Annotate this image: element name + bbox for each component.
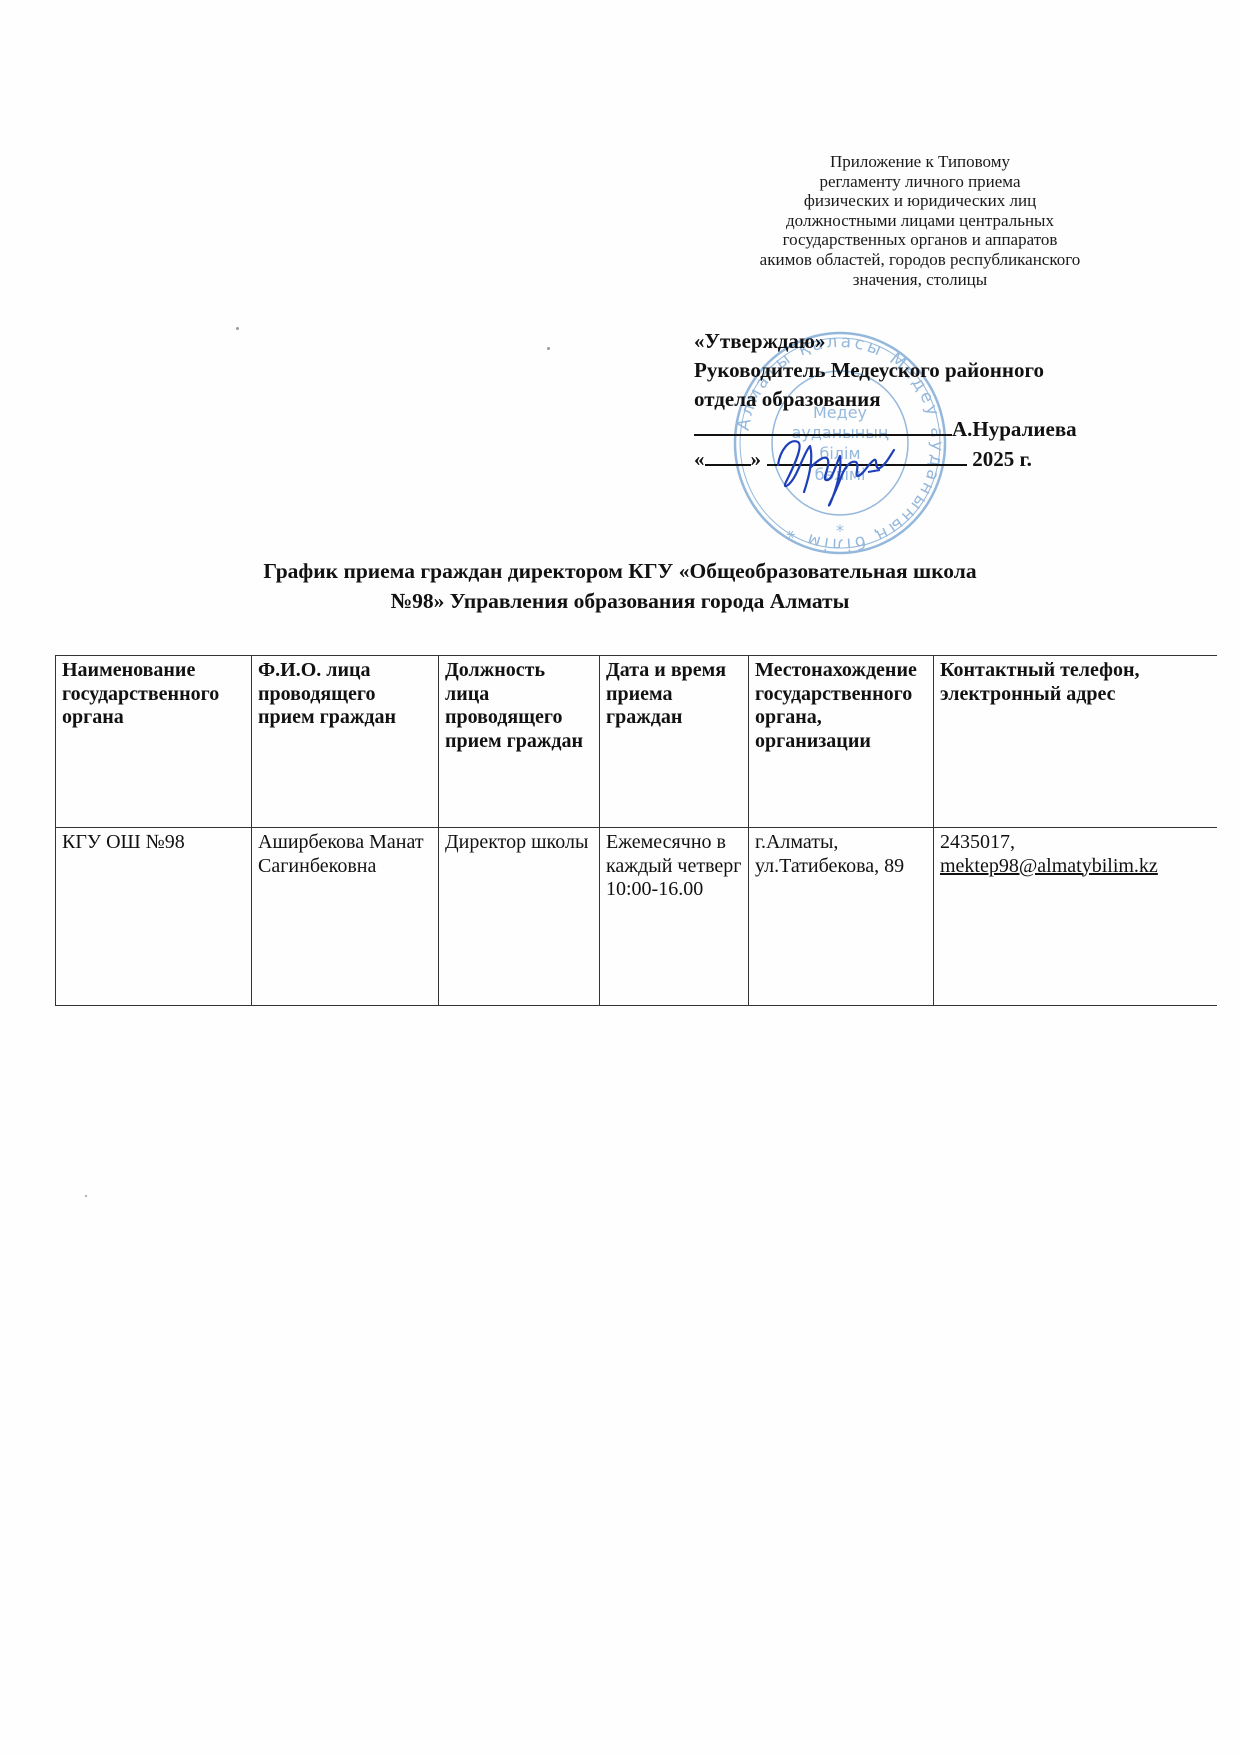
signature-line: А.Нуралиева bbox=[694, 414, 1154, 444]
approve-label: «Утверждаю» bbox=[694, 327, 1154, 356]
scan-speck bbox=[236, 327, 239, 330]
table-row: КГУ ОШ №98 Аширбекова Манат Сагинбековна… bbox=[56, 828, 1218, 1006]
header-address: Местонахождение государственного органа,… bbox=[749, 656, 934, 828]
appendix-line: Приложение к Типовому bbox=[700, 152, 1140, 172]
header-position: Должность лица проводящего прием граждан bbox=[439, 656, 600, 828]
table-header-row: Наименование государственного органа Ф.И… bbox=[56, 656, 1218, 828]
contact-email-link[interactable]: mektep98@almatybilim.kz bbox=[940, 855, 1212, 879]
appendix-line: физических и юридических лиц bbox=[700, 191, 1140, 211]
approver-position-line2: отдела образования bbox=[694, 385, 1154, 414]
appendix-line: значения, столицы bbox=[700, 270, 1140, 290]
signatory-name: А.Нуралиева bbox=[952, 417, 1077, 441]
header-organization: Наименование государственного органа bbox=[56, 656, 252, 828]
cell-contacts: 2435017, mektep98@almatybilim.kz bbox=[934, 828, 1218, 1006]
approval-year: 2025 г. bbox=[972, 447, 1032, 471]
date-close-quote: » bbox=[751, 447, 762, 471]
header-schedule: Дата и время приема граждан bbox=[600, 656, 749, 828]
approver-position-line1: Руководитель Медеуского районного bbox=[694, 356, 1154, 385]
handwritten-signature-icon bbox=[770, 420, 900, 510]
appendix-line: должностными лицами центральных bbox=[700, 211, 1140, 231]
appendix-line: регламенту личного приема bbox=[700, 172, 1140, 192]
appendix-note: Приложение к Типовому регламенту личного… bbox=[700, 152, 1140, 289]
day-blank bbox=[705, 444, 751, 466]
document-title: График приема граждан директором КГУ «Об… bbox=[120, 556, 1120, 616]
cell-position: Директор школы bbox=[439, 828, 600, 1006]
appendix-line: государственных органов и аппаратов bbox=[700, 230, 1140, 250]
scan-speck bbox=[547, 347, 550, 350]
title-line1: График приема граждан директором КГУ «Об… bbox=[120, 556, 1120, 586]
approval-date-line: «» 2025 г. bbox=[694, 444, 1154, 474]
scan-speck bbox=[85, 1195, 87, 1197]
header-full-name: Ф.И.О. лица проводящего прием граждан bbox=[252, 656, 439, 828]
appendix-line: акимов областей, городов республиканског… bbox=[700, 250, 1140, 270]
contact-phone: 2435017, bbox=[940, 831, 1212, 855]
cell-full-name: Аширбекова Манат Сагинбековна bbox=[252, 828, 439, 1006]
header-contacts: Контактный телефон, электронный адрес bbox=[934, 656, 1218, 828]
date-open-quote: « bbox=[694, 447, 705, 471]
cell-address: г.Алматы, ул.Татибекова, 89 bbox=[749, 828, 934, 1006]
document-page: Приложение к Типовому регламенту личного… bbox=[0, 0, 1240, 1755]
title-line2: №98» Управления образования города Алмат… bbox=[120, 586, 1120, 616]
cell-organization: КГУ ОШ №98 bbox=[56, 828, 252, 1006]
reception-schedule-table: Наименование государственного органа Ф.И… bbox=[55, 655, 1217, 1006]
cell-schedule: Ежемесячно в каждый четверг 10:00-16.00 bbox=[600, 828, 749, 1006]
svg-text:*: * bbox=[836, 521, 844, 540]
approval-block: «Утверждаю» Руководитель Медеуского райо… bbox=[694, 327, 1154, 474]
